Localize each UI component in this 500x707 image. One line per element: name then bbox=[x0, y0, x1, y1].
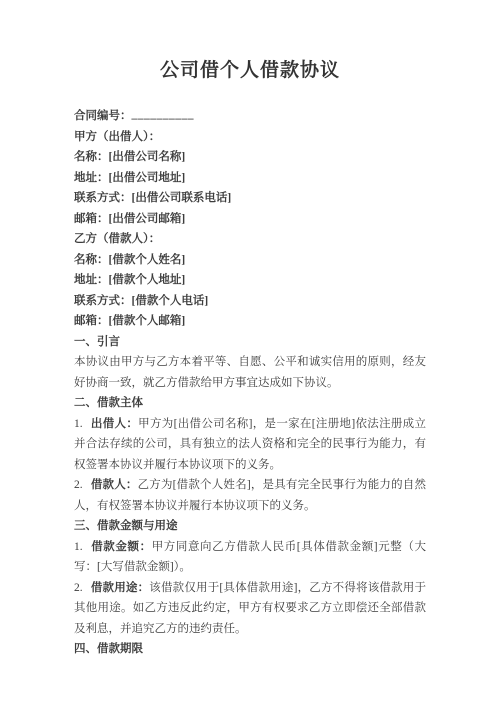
item-term: 借款人： bbox=[91, 479, 138, 491]
party-b-name: 名称：[借款个人姓名] bbox=[74, 250, 426, 271]
party-a-heading: 甲方（出借人）： bbox=[74, 127, 426, 148]
item-number: 2. bbox=[74, 582, 83, 594]
item-number: 1. bbox=[74, 541, 83, 553]
section-4-heading: 四、借款期限 bbox=[74, 639, 426, 660]
section-2-heading: 二、借款主体 bbox=[74, 393, 426, 414]
party-a-name: 名称：[出借公司名称] bbox=[74, 147, 426, 168]
section-1-intro: 本协议由甲方与乙方本着平等、自愿、公平和诚实信用的原则，经友好协商一致，就乙方借… bbox=[74, 352, 426, 393]
section-2-item-borrower: 2.借款人：乙方为[借款个人姓名]，是具有完全民事行为能力的自然人，有权签署本协… bbox=[74, 475, 426, 516]
contract-number-blank: __________ bbox=[132, 105, 195, 126]
item-term: 借款金额： bbox=[91, 541, 152, 553]
section-2-item-lender: 1.出借人：甲方为[出借公司名称]，是一家在[注册地]依法注册成立并合法存续的公… bbox=[74, 414, 426, 476]
section-1-heading: 一、引言 bbox=[74, 332, 426, 353]
section-3-item-purpose: 2.借款用途：该借款仅用于[具体借款用途]，乙方不得将该借款用于其他用途。如乙方… bbox=[74, 578, 426, 640]
party-b-address: 地址：[借款个人地址] bbox=[74, 270, 426, 291]
party-a-email: 邮箱：[出借公司邮箱] bbox=[74, 209, 426, 230]
item-term: 出借人： bbox=[91, 418, 139, 430]
contract-number-label: 合同编号： bbox=[74, 110, 132, 122]
document-page: 公司借个人借款协议 合同编号：__________ 甲方（出借人）： 名称：[出… bbox=[0, 0, 500, 707]
party-b-contact: 联系方式：[借款个人电话] bbox=[74, 291, 426, 312]
section-3-heading: 三、借款金额与用途 bbox=[74, 516, 426, 537]
party-a-address: 地址：[出借公司地址] bbox=[74, 168, 426, 189]
item-term: 借款用途： bbox=[91, 582, 150, 594]
party-b-email: 邮箱：[借款个人邮箱] bbox=[74, 311, 426, 332]
item-number: 2. bbox=[74, 479, 83, 491]
document-title: 公司借个人借款协议 bbox=[74, 58, 426, 84]
party-a-contact: 联系方式：[出借公司联系电话] bbox=[74, 188, 426, 209]
item-number: 1. bbox=[74, 418, 83, 430]
section-3-item-amount: 1.借款金额：甲方同意向乙方借款人民币[具体借款金额]元整（大写：[大写借款金额… bbox=[74, 537, 426, 578]
party-b-heading: 乙方（借款人）： bbox=[74, 229, 426, 250]
contract-number-line: 合同编号：__________ bbox=[74, 106, 426, 127]
